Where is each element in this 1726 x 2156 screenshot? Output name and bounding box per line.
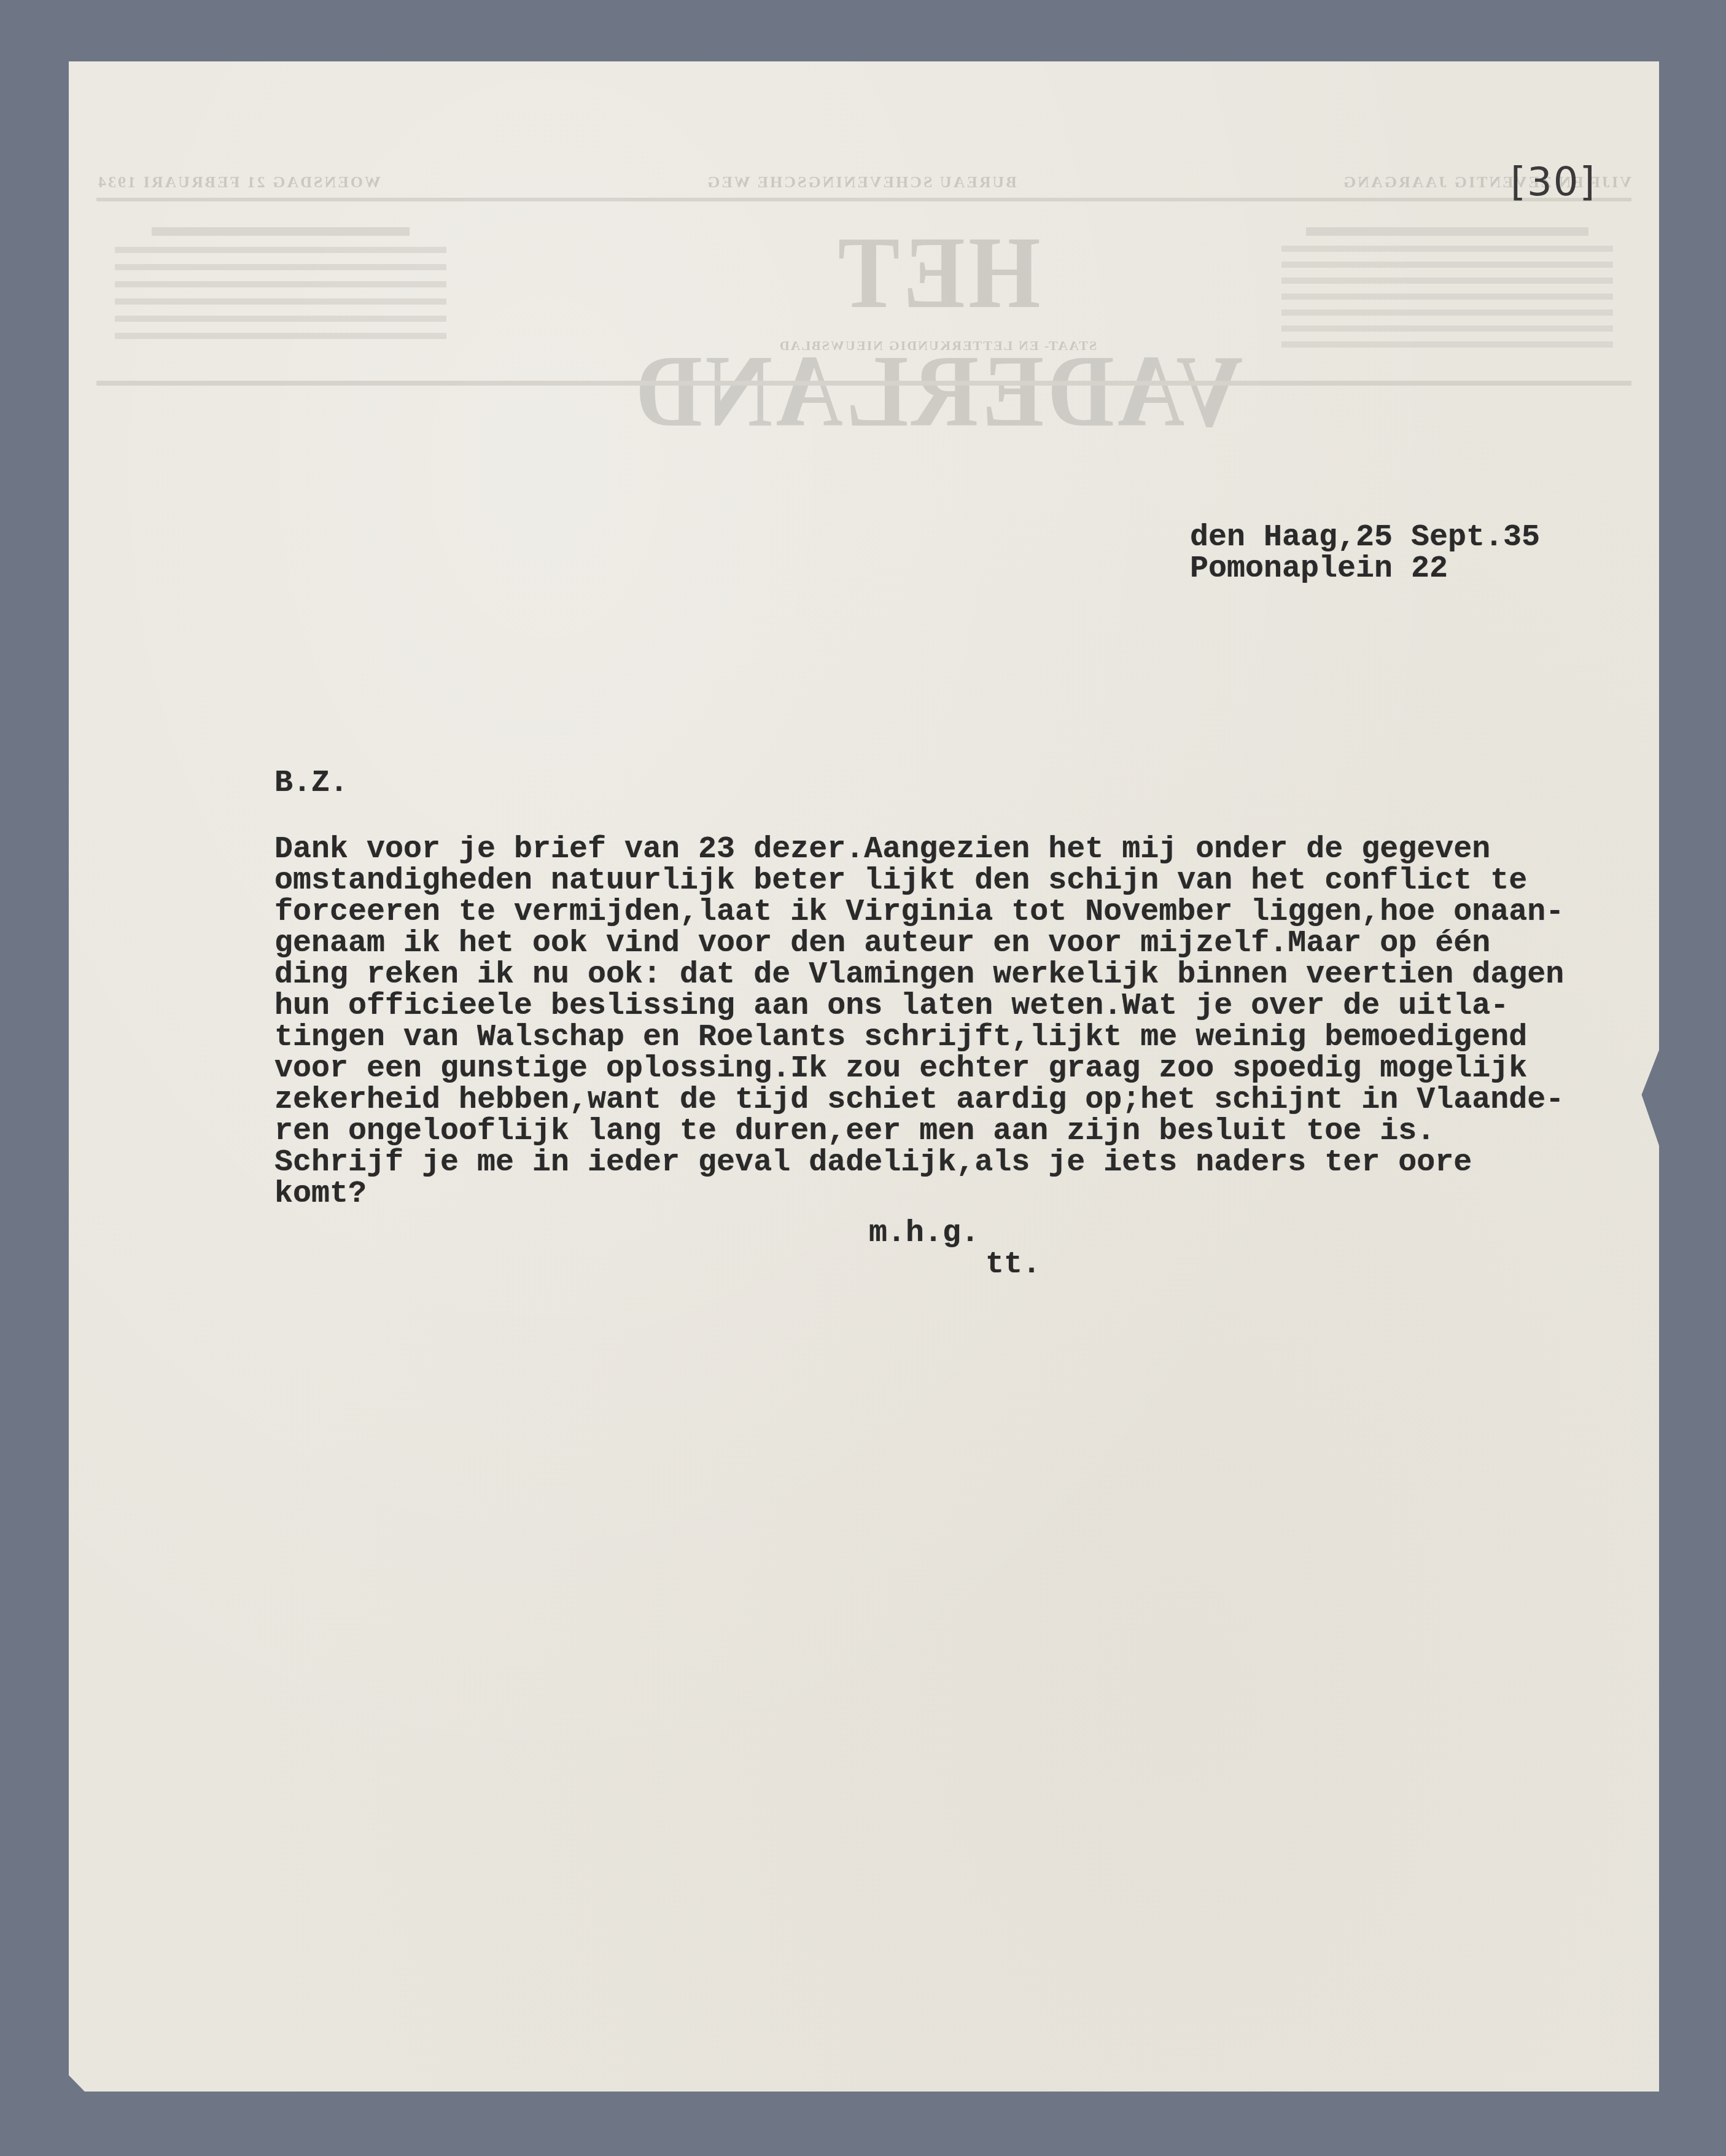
masthead-rule-top: [96, 198, 1631, 201]
date-address-block: den Haag,25 Sept.35Pomonaplein 22: [1190, 522, 1540, 585]
masthead-title: HET VADERLAND: [623, 214, 1253, 451]
body-line: omstandigheden natuurlijk beter lijkt de…: [274, 865, 1564, 897]
signature: tt.: [985, 1249, 1041, 1280]
salutation: B.Z.: [274, 768, 348, 799]
address-line: Pomonaplein 22: [1190, 553, 1540, 585]
masthead-column-right: [1281, 221, 1613, 357]
letter-body: Dank voor je brief van 23 dezer.Aangezie…: [274, 834, 1564, 1210]
body-line: genaam ik het ook vind voor den auteur e…: [274, 928, 1564, 959]
body-line: Schrijf je me in ieder geval dadelijk,al…: [274, 1147, 1564, 1178]
body-line: Dank voor je brief van 23 dezer.Aangezie…: [274, 834, 1564, 865]
letter-sheet: VIJF EN ZEVENTIG JAARGANG BUREAU SCHEVEN…: [69, 61, 1659, 2092]
masthead-top-center: BUREAU SCHEVENINGSCHE WEG: [706, 173, 1017, 192]
body-line: tingen van Walschap en Roelants schrijft…: [274, 1022, 1564, 1053]
masthead-top-right: WOENSDAG 21 FEBRUARI 1934: [96, 173, 381, 192]
body-line: ren ongelooflijk lang te duren,eer men a…: [274, 1116, 1564, 1147]
date-line: den Haag,25 Sept.35: [1190, 522, 1540, 553]
closing: m.h.g.: [869, 1218, 979, 1249]
body-line: forceeren te vermijden,laat ik Virginia …: [274, 897, 1564, 928]
archive-number: [30]: [1510, 160, 1596, 205]
letterhead-bleedthrough: VIJF EN ZEVENTIG JAARGANG BUREAU SCHEVEN…: [96, 104, 1631, 393]
masthead-subtitle: STAAT- EN LETTERKUNDIG NIEUWSBLAD: [747, 338, 1128, 354]
body-line: komt?: [274, 1178, 1564, 1210]
body-line: hun officieele beslissing aan ons laten …: [274, 990, 1564, 1022]
masthead-top-line: VIJF EN ZEVENTIG JAARGANG BUREAU SCHEVEN…: [96, 173, 1631, 192]
body-line: zekerheid hebben,want de tijd schiet aar…: [274, 1084, 1564, 1116]
masthead-column-left: [115, 221, 446, 350]
body-line: ding reken ik nu ook: dat de Vlamingen w…: [274, 959, 1564, 990]
body-line: voor een gunstige oplossing.Ik zou echte…: [274, 1053, 1564, 1084]
masthead-rule-bottom: [96, 381, 1631, 386]
